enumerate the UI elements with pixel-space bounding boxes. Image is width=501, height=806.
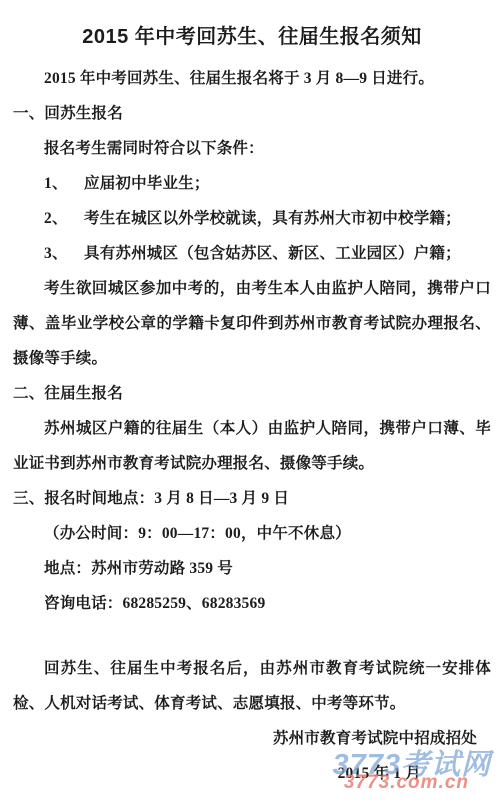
document-title: 2015 年中考回苏生、往届生报名须知 [13,0,491,61]
list-item-number: 1、 [44,166,84,201]
section2-heading: 二、往届生报名 [13,376,491,411]
date-line: 2015 年 1 月 [13,756,491,791]
list-item-text: 考生在城区以外学校就读，具有苏州大市初中校学籍； [84,210,461,227]
list-item-3: 3、具有苏州城区（包含姑苏区、新区、工业园区）户籍； [44,236,491,271]
section3-heading: 三、报名时间地点：3 月 8 日—3 月 9 日 [13,481,491,516]
section3-office-hours: （办公时间：9：00—17：00，中午不休息） [13,516,491,551]
closing-paragraph: 回苏生、往届生中考报名后，由苏州市教育考试院统一安排体检、人机对话考试、体育考试… [13,651,491,721]
list-item-2: 2、考生在城区以外学校就读，具有苏州大市初中校学籍； [44,201,491,236]
list-item-1: 1、应届初中毕业生； [44,166,491,201]
signature-line: 苏州市教育考试院中招成招处 [13,721,491,756]
section2-body-paragraph: 苏州城区户籍的往届生（本人）由监护人陪同，携带户口薄、毕业证书到苏州市教育考试院… [13,411,491,481]
list-item-number: 3、 [44,236,84,271]
section3-phone: 咨询电话：68285259、68283569 [13,586,491,621]
list-item-text: 应届初中毕业生； [84,175,210,192]
intro-paragraph: 2015 年中考回苏生、往届生报名将于 3 月 8—9 日进行。 [13,61,491,96]
section1-note-paragraph: 考生欲回城区参加中考的，由考生本人由监护人陪同，携带户口薄、盖毕业学校公章的学籍… [13,271,491,376]
list-item-text: 具有苏州城区（包含姑苏区、新区、工业园区）户籍； [84,245,461,262]
document-page: 2015 年中考回苏生、往届生报名须知 2015 年中考回苏生、往届生报名将于 … [0,0,501,806]
section1-lead: 报名考生需同时符合以下条件： [13,131,491,166]
section1-heading: 一、回苏生报名 [13,96,491,131]
list-item-number: 2、 [44,201,84,236]
section3-location: 地点：苏州市劳动路 359 号 [13,551,491,586]
